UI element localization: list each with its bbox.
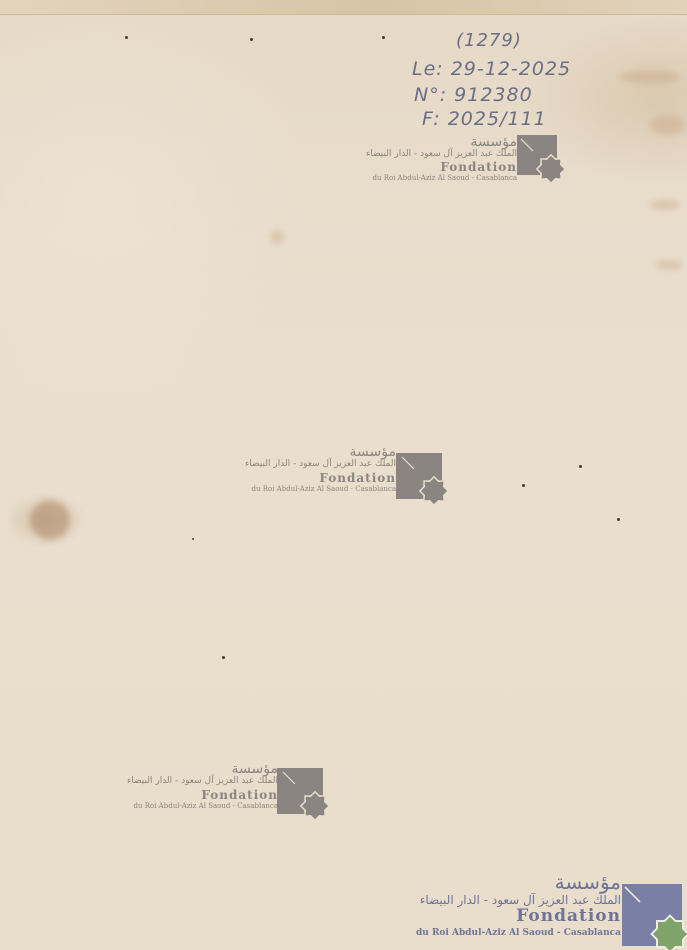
stain [270,230,284,244]
stain [650,200,680,210]
foundation-stamp-1: مؤسسة الملك عبد العزيز آل سعود - الدار ا… [330,135,565,185]
stain [650,115,685,135]
foundation-star-logo-icon [517,135,565,183]
speck [579,465,582,468]
speck [522,484,525,487]
handwritten-date: Le: 29-12-2025 [412,58,571,80]
stamp-arabic-title: مؤسسة [245,445,396,459]
stamp-french-subtitle: du Roi Abdul-Aziz Al Saoud - Casablanca [366,175,517,182]
handwritten-folio: F: 2025/111 [422,108,547,130]
stamp-arabic-subtitle: الملك عبد العزيز آل سعود - الدار البيضاء [416,894,621,906]
stamp-arabic-subtitle: الملك عبد العزيز آل سعود - الدار البيضاء [245,460,396,469]
speck [382,36,385,39]
speck [125,36,128,39]
stamp-french-subtitle: du Roi Abdul-Aziz Al Saoud - Casablanca [416,929,621,938]
stain [655,260,683,270]
page-top-edge [0,0,687,15]
manuscript-page: (1279) Le: 29-12-2025 N°: 912380 F: 2025… [0,0,687,950]
stamp-arabic-title: مؤسسة [366,135,517,149]
stamp-french-title: Fondation [127,789,278,801]
handwritten-call-number: (1279) [456,30,522,51]
handwritten-number: N°: 912380 [414,84,533,106]
stain [620,70,680,84]
foundation-star-logo-icon [622,884,687,950]
foundation-star-logo-icon [277,768,329,820]
speck [192,538,194,540]
speck [617,518,620,521]
stamp-french-title: Fondation [366,161,517,173]
stamp-french-subtitle: du Roi Abdul-Aziz Al Saoud - Casablanca [245,486,396,493]
speck [222,656,225,659]
stamp-french-title: Fondation [245,472,396,484]
stain [30,500,70,540]
foundation-star-logo-icon [396,453,448,505]
foundation-stamp-3: مؤسسة الملك عبد العزيز آل سعود - الدار ا… [115,762,330,822]
stamp-arabic-title: مؤسسة [416,872,621,892]
stamp-french-title: Fondation [416,908,621,925]
foundation-stamp-2: مؤسسة الملك عبد العزيز آل سعود - الدار ا… [230,445,448,505]
speck [250,38,253,41]
foundation-stamp-color: مؤسسة الملك عبد العزيز آل سعود - الدار ا… [380,872,687,950]
stamp-arabic-subtitle: الملك عبد العزيز آل سعود - الدار البيضاء [366,150,517,159]
stamp-french-subtitle: du Roi Abdul-Aziz Al Saoud - Casablanca [127,803,278,810]
stamp-arabic-subtitle: الملك عبد العزيز آل سعود - الدار البيضاء [127,777,278,786]
stamp-arabic-title: مؤسسة [127,762,278,776]
